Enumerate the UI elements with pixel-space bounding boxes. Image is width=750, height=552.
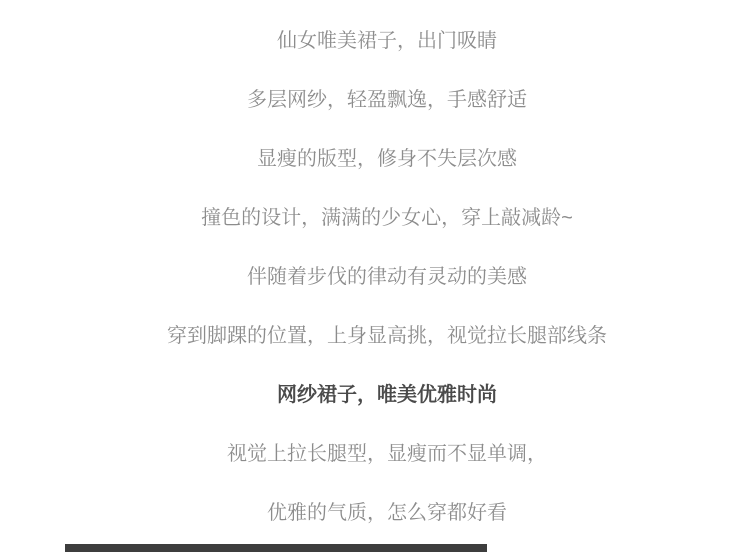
description-line: 显瘦的版型，修身不失层次感: [24, 130, 750, 189]
cutoff-dark-banner: [65, 544, 487, 552]
description-line: 仙女唯美裙子，出门吸睛: [24, 12, 750, 71]
description-line: 多层网纱，轻盈飘逸，手感舒适: [24, 71, 750, 130]
description-line: 优雅的气质，怎么穿都好看: [24, 484, 750, 543]
description-line: 伴随着步伐的律动有灵动的美感: [24, 248, 750, 307]
description-line: 视觉上拉长腿型，显瘦而不显单调，: [24, 425, 750, 484]
description-line: 穿到脚踝的位置，上身显高挑，视觉拉长腿部线条: [24, 307, 750, 366]
emphasis-line: 网纱裙子，唯美优雅时尚: [24, 366, 750, 425]
description-line: 撞色的设计，满满的少女心，穿上敲减龄~: [24, 189, 750, 248]
product-description: 仙女唯美裙子，出门吸睛 多层网纱，轻盈飘逸，手感舒适 显瘦的版型，修身不失层次感…: [0, 12, 750, 543]
